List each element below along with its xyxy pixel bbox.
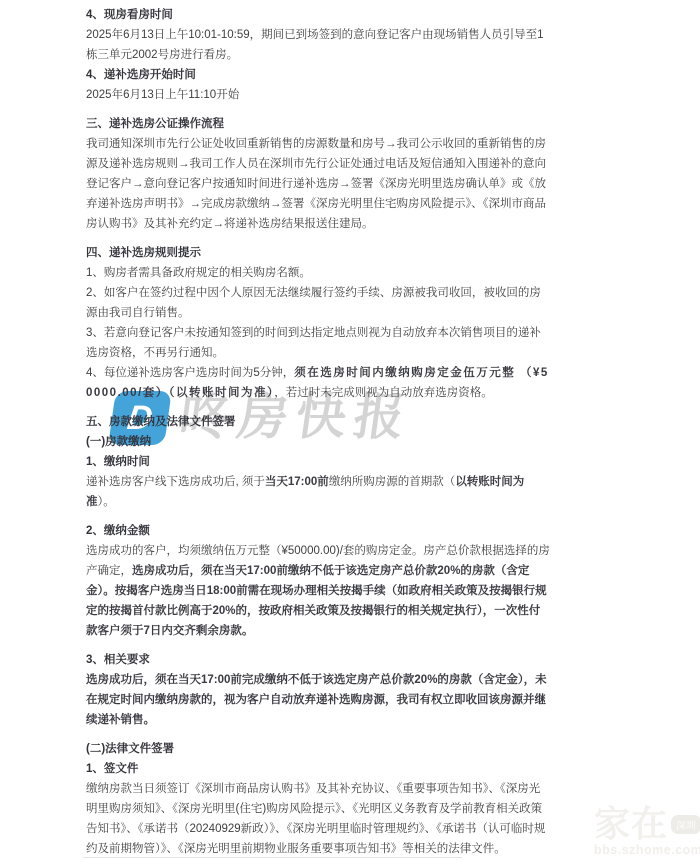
bottom-divider: [83, 857, 462, 858]
paragraph: 1、购房者需具备政府规定的相关购房名额。: [86, 263, 550, 283]
paragraph-gap: [86, 105, 550, 114]
paragraph-gap: [86, 641, 550, 650]
section-heading: 3、相关要求: [86, 650, 550, 670]
section-heading: 4、现房看房时间: [86, 5, 550, 25]
section-heading: 五、房款缴纳及法律文件签署: [86, 412, 550, 432]
text-run: 1、购房者需具备政府规定的相关购房名额。: [86, 267, 311, 279]
text-run: 缴纳房款当日须签订《深圳市商品房认购书》及其补充协议、《重要事项告知书》、《深房…: [86, 783, 545, 855]
text-run: 2025年6月13日上午11:10开始: [86, 89, 239, 101]
corner-watermark-badge: 深圳: [671, 815, 700, 834]
section-heading: 4、递补选房开始时间: [86, 65, 550, 85]
text-run: ，若过时未完成则视为自动放弃选房资格。: [274, 387, 493, 399]
text-run: 我司通知深圳市先行公证处收回重新销售的房源数量和房号→我司公示收回的重新销售的房…: [86, 138, 546, 230]
paragraph: 我司通知深圳市先行公证处收回重新销售的房源数量和房号→我司公示收回的重新销售的房…: [86, 134, 550, 234]
section-heading: 三、递补选房公证操作流程: [86, 114, 550, 134]
section-heading: 2、缴纳金额: [86, 521, 550, 541]
paragraph: 2025年6月13日上午10:01-10:59，期间已到场签到的意向登记客户由现…: [86, 25, 550, 65]
paragraph-gap: [86, 730, 550, 739]
paragraph: 2025年6月13日上午11:10开始: [86, 85, 550, 105]
paragraph: 3、若意向登记客户未按通知签到的时间到达指定地点则视为自动放弃本次销售项目的递补…: [86, 323, 550, 363]
paragraph: 递补选房客户线下选房成功后, 须于当天17:00前缴纳所购房源的首期款（以转账时…: [86, 472, 550, 512]
corner-watermark: 家在 深圳 bbs.szhome.com: [594, 806, 700, 857]
paragraph: 选房成功后，须在当天17:00前完成缴纳不低于该选定房产总价款20%的房款（含定…: [86, 670, 550, 730]
section-heading: 1、缴纳时间: [86, 452, 550, 472]
text-run: 选房成功后，须在当天17:00前完成缴纳不低于该选定房产总价款20%的房款（含定…: [86, 674, 547, 726]
paragraph: 选房成功的客户，均须缴纳伍万元整（¥50000.00)/套的购房定金。房产总价款…: [86, 541, 550, 641]
text-run: 3、若意向登记客户未按通知签到的时间到达指定地点则视为自动放弃本次销售项目的递补…: [86, 327, 541, 359]
text-run: 选房成功后，须在当天17:00前缴纳不低于该选定房产总价款20%的房款（含定金）…: [86, 565, 547, 637]
paragraph: 4、每位递补选房客户选房时间为5分钟，须在选房时间内缴纳购房定金伍万元整 （¥5…: [86, 363, 550, 403]
text-run: 2、如客户在签约过程中因个人原因无法继续履行签约手续、房源被我司收回，被收回的房…: [86, 287, 541, 319]
paragraph: 2、如客户在签约过程中因个人原因无法继续履行签约手续、房源被我司收回，被收回的房…: [86, 283, 550, 323]
section-heading: (一)房款缴纳: [86, 432, 550, 452]
text-run: 缴纳所购房源的首期款（: [329, 476, 456, 488]
text-run: 4、每位递补选房客户选房时间为5分钟，: [86, 367, 294, 379]
text-run: 递补选房客户线下选房成功后, 须于: [86, 476, 265, 488]
paragraph-gap: [86, 234, 550, 243]
text-run: 2025年6月13日上午10:01-10:59，期间已到场签到的意向登记客户由现…: [86, 29, 544, 61]
corner-watermark-main: 家在: [594, 806, 668, 842]
section-heading: 1、签文件: [86, 759, 550, 779]
section-heading: (二)法律文件签署: [86, 739, 550, 759]
text-run: ）。: [98, 496, 115, 508]
paragraph-gap: [86, 512, 550, 521]
paragraph: 缴纳房款当日须签订《深圳市商品房认购书》及其补充协议、《重要事项告知书》、《深房…: [86, 779, 550, 859]
document-page: D 咚房快报 家在 深圳 bbs.szhome.com 4、现房看房时间2025…: [0, 0, 700, 861]
corner-watermark-url: bbs.szhome.com: [594, 843, 700, 857]
section-heading: 四、递补选房规则提示: [86, 243, 550, 263]
text-run: 当天17:00前: [265, 476, 329, 488]
document-body: 4、现房看房时间2025年6月13日上午10:01-10:59，期间已到场签到的…: [86, 5, 550, 859]
paragraph-gap: [86, 403, 550, 412]
